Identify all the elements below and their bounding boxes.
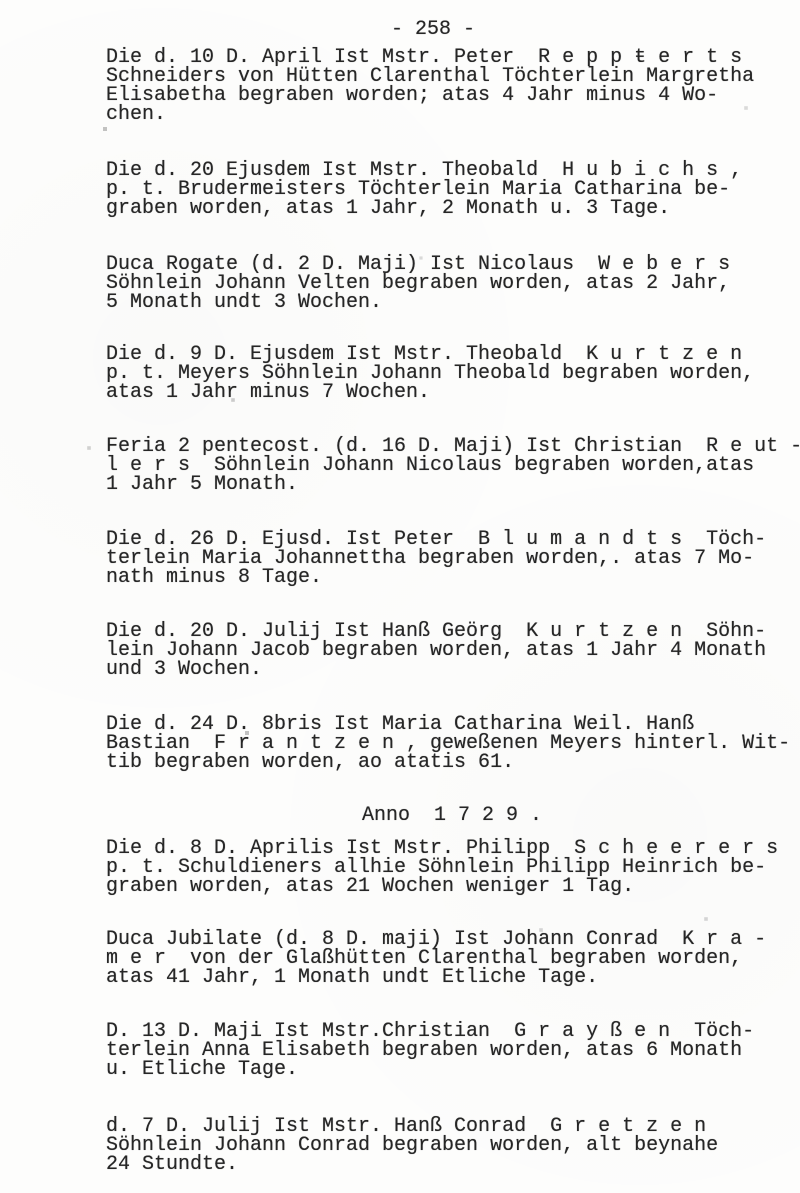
entry-line: 1 Jahr 5 Monath.	[106, 475, 800, 494]
entry-line: graben worden, atas 21 Wochen weniger 1 …	[106, 877, 778, 896]
burial-entry-10: Duca Jubilate (d. 8 D. maji) Ist Johann …	[106, 930, 766, 987]
burial-entry-12: d. 7 D. Julij Ist Mstr. Hanß Conrad G r …	[106, 1117, 718, 1174]
entry-line: und 3 Wochen.	[106, 660, 766, 679]
anno-1729-heading: Anno 1 7 2 9 .	[362, 806, 542, 825]
entry-line: atas 1 Jahr minus 7 Wochen.	[106, 383, 754, 402]
entry-line: Elisabetha begraben worden; atas 4 Jahr …	[106, 86, 754, 105]
burial-entry-8: Die d. 24 D. 8bris Ist Maria Catharina W…	[106, 715, 790, 772]
entry-line: chen.	[106, 105, 754, 124]
scan-speckles	[0, 0, 2, 2]
page-number: - 258 -	[391, 20, 475, 39]
entry-line: atas 41 Jahr, 1 Monath undt Etliche Tage…	[106, 968, 766, 987]
burial-entry-6: Die d. 26 D. Ejusd. Ist Peter B l u m a …	[106, 530, 766, 587]
burial-entry-2: Die d. 20 Ejusdem Ist Mstr. Theobald H u…	[106, 161, 742, 218]
burial-entry-9: Die d. 8 D. Aprilis Ist Mstr. Philipp S …	[106, 839, 778, 896]
entry-line: 24 Stundte.	[106, 1155, 718, 1174]
scanned-document-page: - 258 - Die d. 10 D. April Ist Mstr. Pet…	[0, 0, 800, 1193]
entry-line: graben worden, atas 1 Jahr, 2 Monath u. …	[106, 199, 742, 218]
entry-line: nath minus 8 Tage.	[106, 568, 766, 587]
burial-entry-1: Die d. 10 D. April Ist Mstr. Peter R e p…	[106, 48, 754, 124]
entry-line: 5 Monath undt 3 Wochen.	[106, 293, 730, 312]
burial-entry-4: Die d. 9 D. Ejusdem Ist Mstr. Theobald K…	[106, 345, 754, 402]
entry-line: u. Etliche Tage.	[106, 1060, 754, 1079]
burial-entry-11: D. 13 D. Maji Ist Mstr.Christian G r a y…	[106, 1022, 754, 1079]
burial-entry-3: Duca Rogate (d. 2 D. Maji) Ist Nicolaus …	[106, 255, 730, 312]
burial-entry-7: Die d. 20 D. Julij Ist Hanß Geörg K u r …	[106, 622, 766, 679]
burial-entry-5: Feria 2 pentecost. (d. 16 D. Maji) Ist C…	[106, 437, 800, 494]
entry-line: tib begraben worden, ao atatis 61.	[106, 753, 790, 772]
